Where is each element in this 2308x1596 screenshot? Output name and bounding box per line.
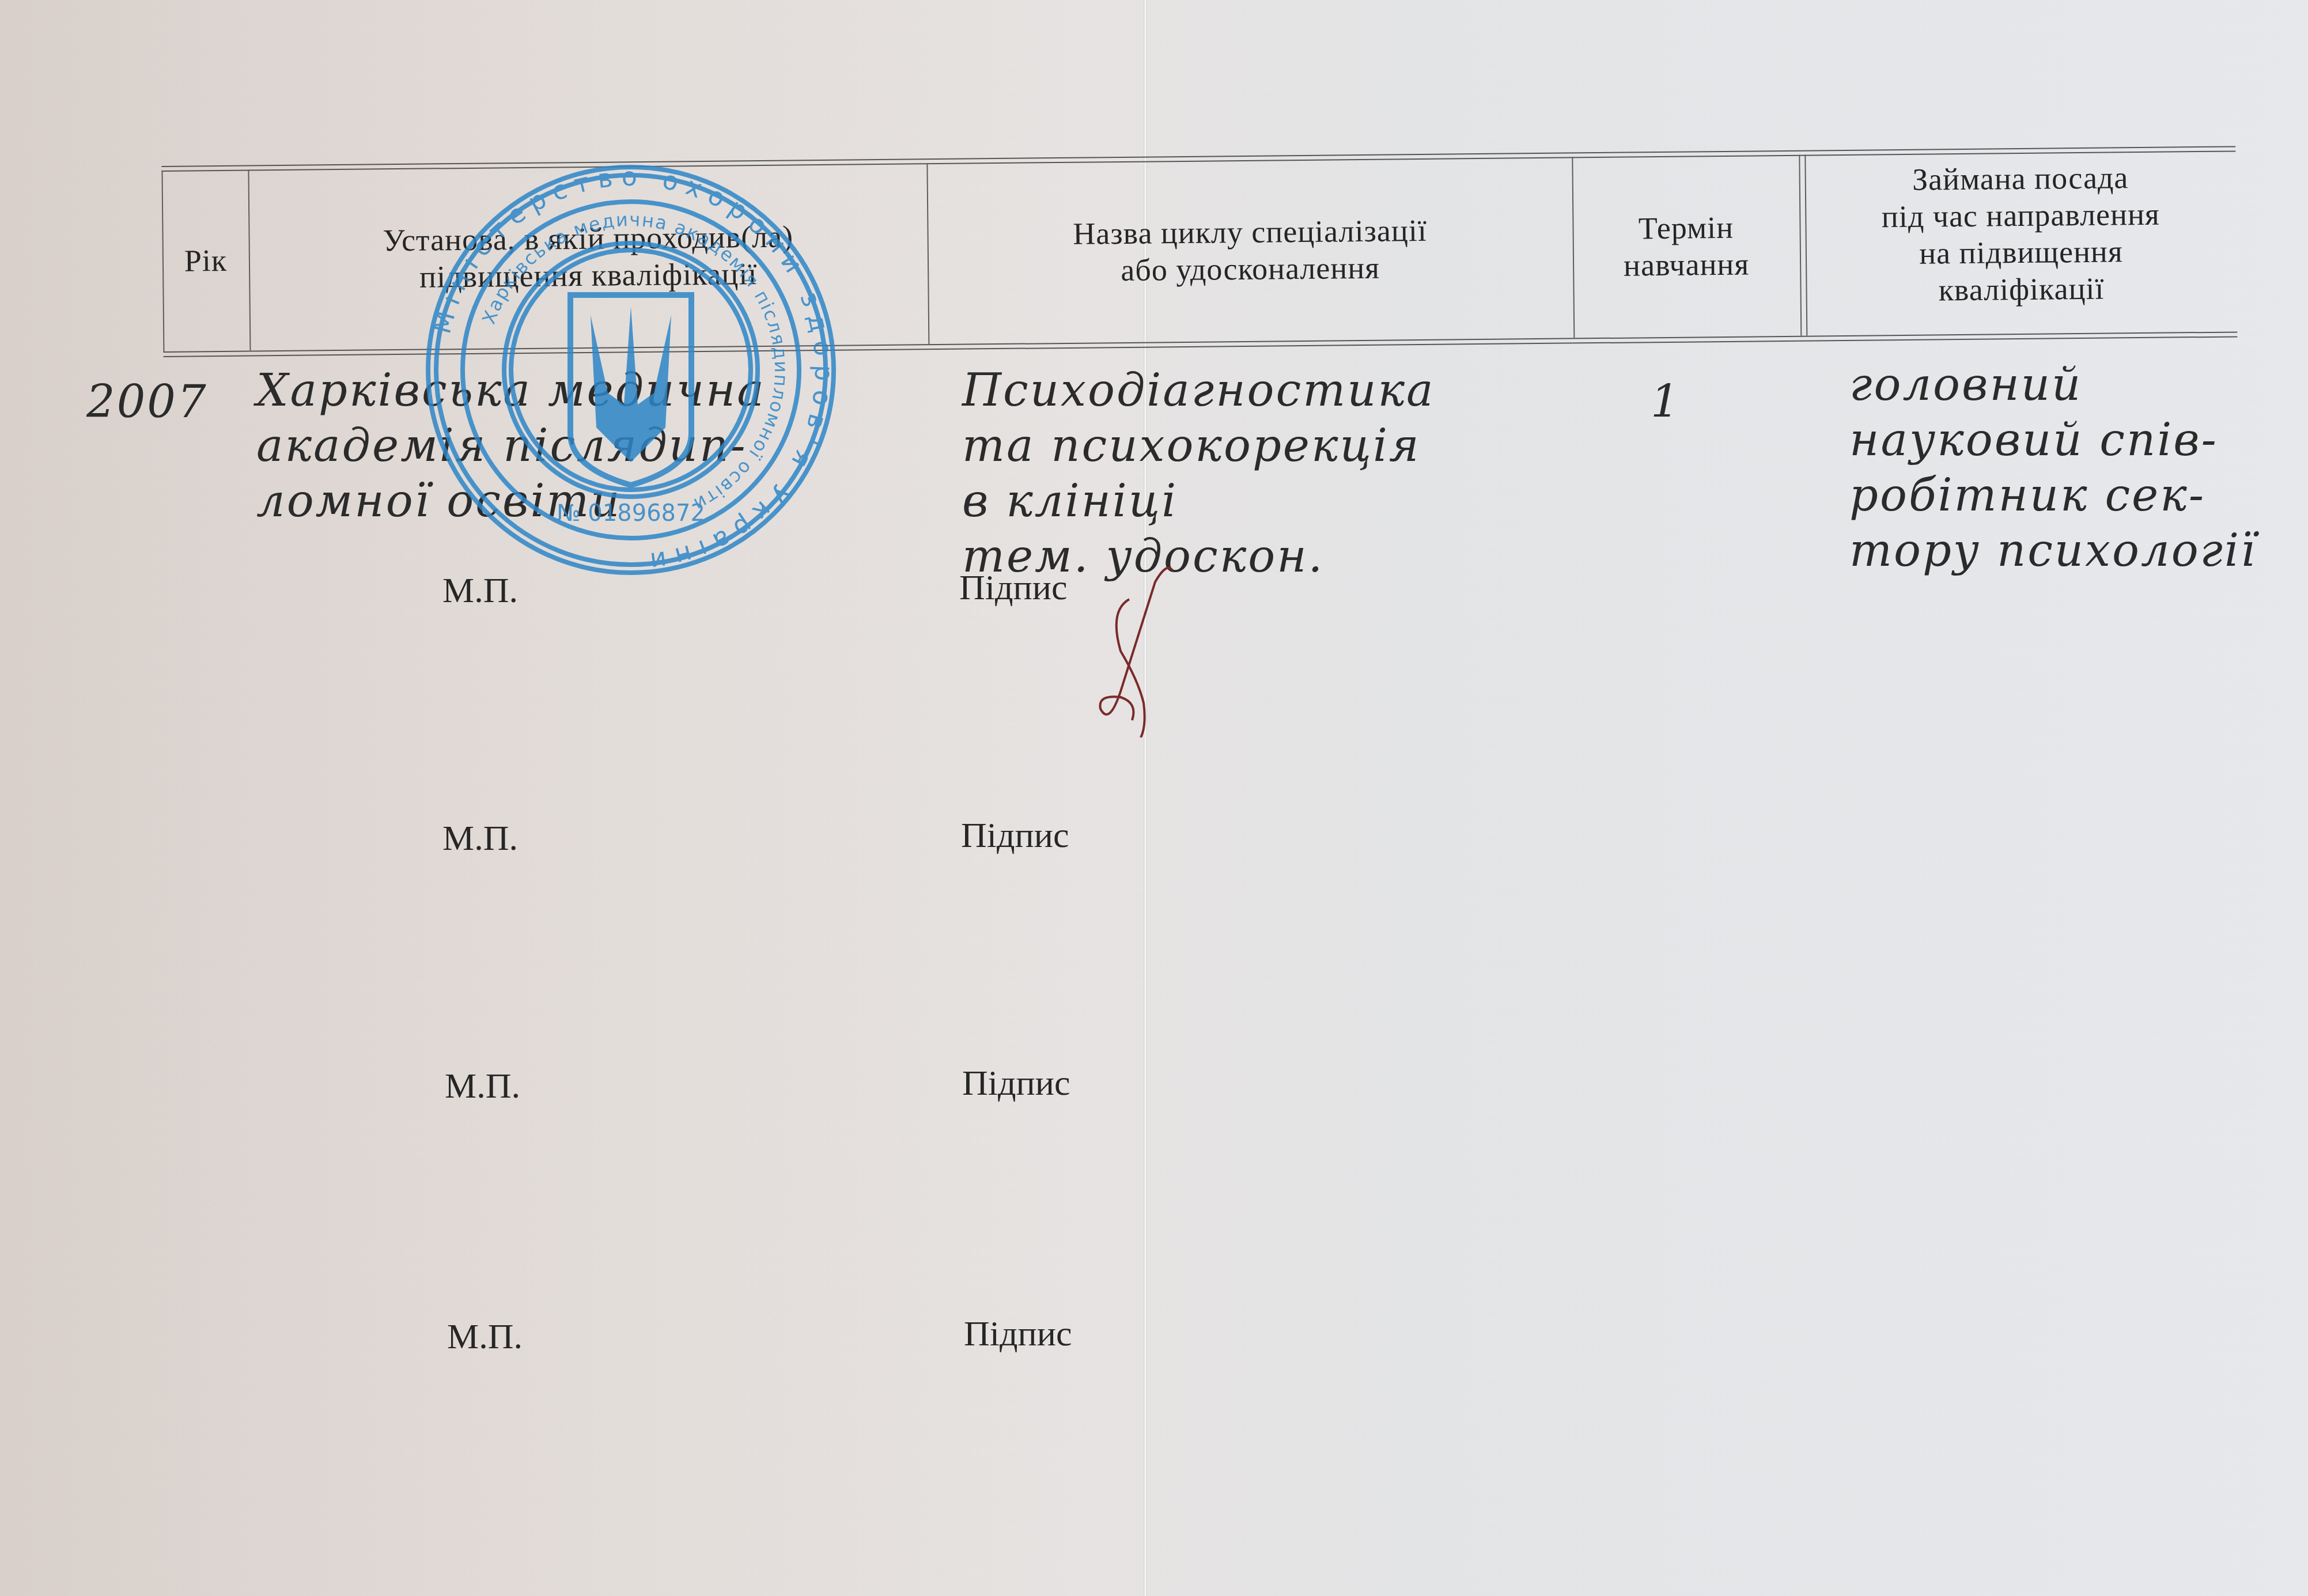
stamp-number: № 01896872: [557, 500, 705, 527]
entry-position: головний науковий спів- робітник сек- то…: [1849, 357, 2257, 578]
header-cycle-label: Назва циклу спеціалізації або удосконале…: [1073, 212, 1428, 289]
header-year: Рік: [161, 170, 249, 351]
entry-cycle: Психодіагностика та психокорекція в клін…: [962, 363, 1435, 584]
svg-text:Харківська медична академія пі: Харківська медична академія післядипломн…: [478, 209, 792, 516]
signature-label: Підпис: [959, 568, 1067, 608]
header-position-label: Займана посада під час направлення на пі…: [1881, 159, 2161, 309]
seal-place-label: М.П.: [442, 570, 518, 611]
entry-duration: 1: [1651, 375, 1681, 430]
official-stamp: Міністерство охорони здоров'я України Ха…: [423, 162, 838, 577]
seal-place-label: М.П.: [442, 818, 518, 859]
signature-label: Підпис: [964, 1314, 1072, 1355]
signature-label: Підпис: [962, 1063, 1070, 1104]
header-duration-label: Термін навчання: [1623, 209, 1749, 284]
stamp-inner-text: Харківська медична академія післядипломн…: [478, 209, 792, 516]
header-year-label: Рік: [184, 242, 227, 279]
seal-place-label: М.П.: [445, 1066, 520, 1107]
signature-label: Підпис: [961, 815, 1069, 856]
entry-year: 2007: [86, 375, 208, 430]
header-cycle: Назва циклу спеціалізації або удосконале…: [926, 157, 1573, 344]
handwritten-signature: [1098, 565, 1178, 738]
header-position: Займана посада під час направлення на пі…: [1804, 141, 2237, 326]
seal-place-label: М.П.: [447, 1317, 523, 1357]
header-duration: Термін навчання: [1572, 155, 1800, 338]
